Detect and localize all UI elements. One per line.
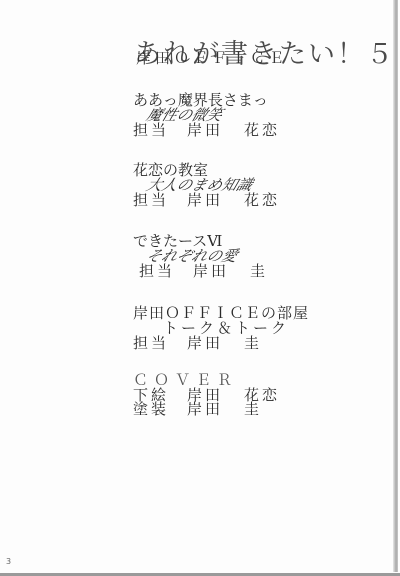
cover-credit-line: 塗装 岸田 圭 <box>133 402 280 416</box>
contents-section: 岸田ＯＦＦＩＣＥの部屋 トーク＆トーク 担当 岸田 圭 <box>133 305 309 352</box>
contents-section: ああっ魔界長さまっ 魔性の微笑 担当 岸田 花恋 <box>133 92 280 139</box>
credit-role: 担当 <box>139 263 193 280</box>
credit-given-name: 圭 <box>244 335 262 352</box>
section-subheading: 魔性の微笑 <box>145 108 283 122</box>
section-credit: 担当 岸田 圭 <box>139 263 268 280</box>
section-subheading: 大人のまめ知識 <box>145 178 283 192</box>
page-number: 3 <box>6 557 11 566</box>
document-page: あれが書きたい！５ 岸田ＯＦＦＩＣＥ ああっ魔界長さまっ 魔性の微笑 担当 岸田… <box>0 0 400 576</box>
section-subheading: トーク＆トーク <box>163 321 309 335</box>
credit-surname: 岸田 <box>193 263 250 280</box>
credit-role: 担当 <box>133 192 187 209</box>
credit-surname: 岸田 <box>187 192 244 209</box>
contents-section: できたースⅥ それぞれの愛 担当 岸田 圭 <box>133 233 268 280</box>
credit-surname: 岸田 <box>187 335 244 352</box>
section-credit: 担当 岸田 花恋 <box>133 192 280 209</box>
credit-given-name: 圭 <box>250 263 268 280</box>
section-subheading: それぞれの愛 <box>145 249 271 263</box>
section-credit: 担当 岸田 花恋 <box>133 122 280 139</box>
page-subtitle: 岸田ＯＦＦＩＣＥ <box>136 47 288 68</box>
credit-given-name: 圭 <box>244 402 262 416</box>
contents-section: 花恋の教室 大人のまめ知識 担当 岸田 花恋 <box>133 162 280 209</box>
cover-credits: ＣＯＶＥＲ 下絵 岸田 花恋 塗装 岸田 圭 <box>133 373 280 416</box>
binding-shadow <box>393 0 398 572</box>
credit-surname: 岸田 <box>187 122 244 139</box>
credit-given-name: 花恋 <box>244 122 280 139</box>
section-credit: 担当 岸田 圭 <box>133 335 309 352</box>
credit-role: 塗装 <box>133 402 187 416</box>
credit-role: 担当 <box>133 122 187 139</box>
credit-surname: 岸田 <box>187 402 244 416</box>
credit-given-name: 花恋 <box>244 192 280 209</box>
credit-role: 担当 <box>133 335 187 352</box>
